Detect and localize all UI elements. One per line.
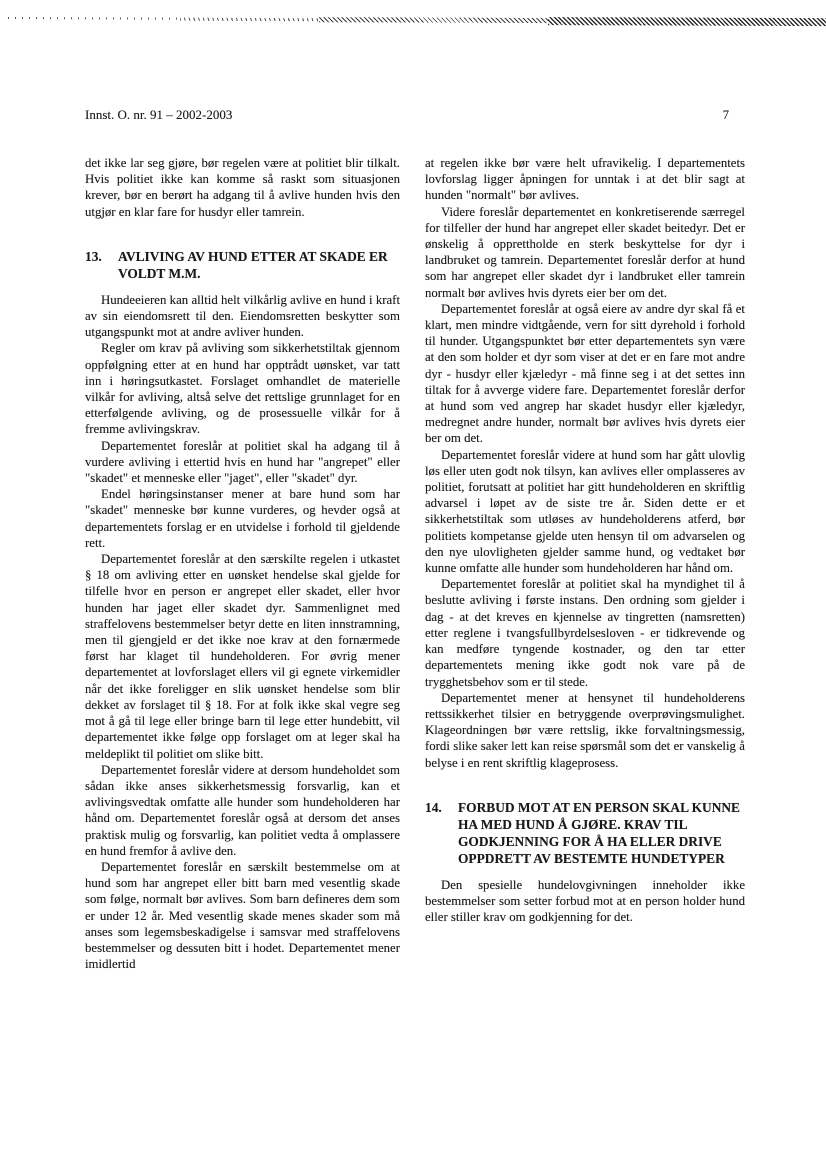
- scan-artifact-segment: [8, 17, 180, 20]
- paragraph: Departementet foreslår at politiet skal …: [425, 576, 745, 689]
- section-13-heading: 13. AVLIVING AV HUND ETTER AT SKADE ER V…: [85, 248, 400, 282]
- paragraph: Hundeeieren kan alltid helt vilkårlig av…: [85, 292, 400, 341]
- paragraph: Departementet foreslår at også eiere av …: [425, 301, 745, 447]
- scan-artifact-segment: [180, 18, 319, 22]
- paragraph-continuation: at regelen ikke bør være helt ufravikeli…: [425, 155, 745, 204]
- page-content: det ikke lar seg gjøre, bør regelen være…: [85, 155, 745, 972]
- paragraph: Departementet foreslår at den særskilte …: [85, 551, 400, 762]
- document-page: Innst. O. nr. 91 – 2002-2003 7 det ikke …: [0, 0, 826, 1169]
- paragraph-continuation: det ikke lar seg gjøre, bør regelen være…: [85, 155, 400, 220]
- paragraph: Den spesielle hundelovgivningen innehold…: [425, 877, 745, 926]
- paragraph: Endel høringsinstanser mener at bare hun…: [85, 486, 400, 551]
- page-number: 7: [723, 108, 745, 123]
- section-title: FORBUD MOT AT EN PERSON SKAL KUNNE HA ME…: [458, 799, 745, 867]
- section-number: 14.: [425, 799, 458, 867]
- left-column: det ikke lar seg gjøre, bør regelen være…: [85, 155, 400, 972]
- paragraph: Departementet mener at hensynet til hund…: [425, 690, 745, 771]
- scan-artifact-segment: [319, 17, 548, 23]
- paragraph: Videre foreslår departementet en konkret…: [425, 204, 745, 301]
- paragraph: Regler om krav på avliving som sikkerhet…: [85, 340, 400, 437]
- right-column: at regelen ikke bør være helt ufravikeli…: [425, 155, 745, 972]
- paragraph: Departementet foreslår videre at dersom …: [85, 762, 400, 859]
- section-number: 13.: [85, 248, 118, 282]
- paragraph: Departementet foreslår at politiet skal …: [85, 438, 400, 487]
- section-title: AVLIVING AV HUND ETTER AT SKADE ER VOLDT…: [118, 248, 400, 282]
- section-14-heading: 14. FORBUD MOT AT EN PERSON SKAL KUNNE H…: [425, 799, 745, 867]
- paragraph: Departementet foreslår videre at hund so…: [425, 447, 745, 577]
- page-header: Innst. O. nr. 91 – 2002-2003 7: [85, 107, 745, 123]
- paragraph: Departementet foreslår en særskilt beste…: [85, 859, 400, 972]
- scan-artifact-segment: [548, 17, 826, 26]
- scan-artifact: [8, 14, 826, 29]
- document-title: Innst. O. nr. 91 – 2002-2003: [85, 107, 232, 123]
